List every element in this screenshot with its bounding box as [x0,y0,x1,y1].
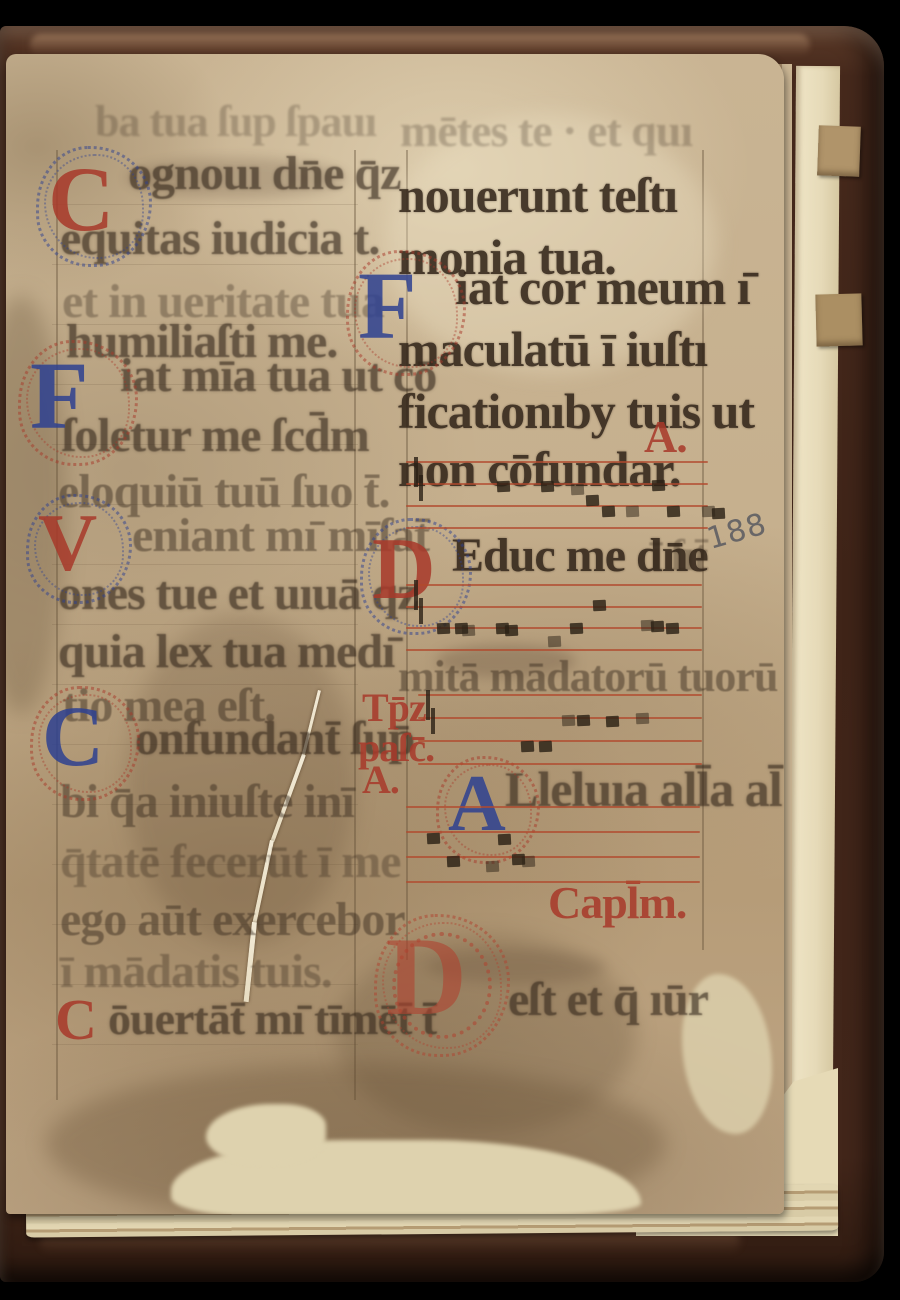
bookmark-tab-1 [817,125,861,176]
manuscript-photo: { "folio_number": "188", "ink_colors": {… [0,0,900,1300]
neume [586,495,600,507]
right-capitulum-text-line: eſt et q̄ ıūr [508,976,708,1024]
neume [522,856,536,868]
initial-letter: V [38,504,120,582]
initial-f-fiat-cor: F [358,260,454,366]
neume [602,506,616,518]
neume [626,506,640,518]
staff-line [406,505,708,507]
flyleaf-edge [788,66,840,1234]
initial-letter: F [358,260,454,351]
neume [498,834,512,846]
neume [541,481,555,493]
rubric-tempore: Tp̄z [362,688,426,728]
left-confundantur-line-3: q̄tatē fecerūt ī me [60,838,400,886]
initial-letter: D [386,924,498,1030]
clef-mark [414,580,418,610]
right-mitam-line: mitā mādatorū tuorū q̄a ip̄a [398,655,784,699]
neume [570,623,584,635]
neume [437,623,451,635]
neume [712,508,726,520]
initial-c-convertantur: C [55,992,113,1056]
neume [652,480,666,492]
staff-line [418,740,702,742]
left-cognovi-line-1: ognouı dn̄e q̄z [128,150,400,198]
right-fiatcor-line-1: iat cor meum ı̄ [455,262,750,312]
neume [562,715,576,727]
neume [539,741,553,753]
neume [593,600,607,612]
neume [606,716,620,728]
neume [666,623,680,635]
initial-f-fiat-misericordia: F [30,350,126,456]
left-confundantur-line-4: ego aūt exercebor [60,896,405,944]
right-antiphon-inline: A. [644,414,687,460]
clef-mark [414,457,418,487]
clef-mark [419,598,423,624]
clef-mark [419,475,423,501]
neume [427,833,441,845]
right-fiatcor-line-4: non cōfundar. [398,444,680,494]
neume [667,506,681,518]
manuscript-page: 188 ba tua ſup ſpauıognouı dn̄e q̄zequit… [6,54,784,1214]
repair-patch-bottom-left [206,1104,326,1164]
initial-letter: F [30,350,126,441]
right-faint-top-line: mētes te · et quı [400,108,692,154]
right-fiatcor-line-3: ficationıby tuis ut [398,386,754,436]
neume [462,625,476,637]
neume [636,713,650,725]
left-veniant-line-3: quia lex tua medı̄ [58,628,394,676]
initial-letter: C [42,696,128,778]
right-deduc-line-faded-end: ī ſıt̄ [650,534,707,578]
left-confundantur-line-5: ī mādatis tuis. [60,948,332,996]
initial-letter: C [55,992,113,1047]
initial-c-confundantur: C [42,696,128,791]
staff-line [406,606,702,608]
staff-line [406,649,702,651]
neume [548,636,562,648]
cover-top-sheen [30,34,810,56]
initial-d-capitulum-ornate: D [386,924,498,1047]
neume [521,741,535,753]
initial-a-alleluia: A [448,766,528,854]
neume [651,621,665,633]
clef-mark [431,708,435,734]
neume [505,625,519,637]
neume [571,484,585,496]
initial-c-cognovi: C [48,156,140,257]
neume [577,715,591,727]
neume [497,481,511,493]
bookmark-tab-2 [815,293,862,346]
staff-line [418,717,702,719]
rubric-antiphon-margin: A. [362,760,399,800]
initial-letter: C [48,156,140,243]
initial-d-deduc: D [372,528,460,625]
rubric-capitulum: Capl̄m. [548,880,686,926]
neume [486,861,500,873]
clef-mark [426,690,430,720]
left-faint-top-line: ba tua ſup ſpauı [95,100,376,144]
neume [447,856,461,868]
initial-v-veniant: V [38,504,120,594]
right-noverunt-line: nouerunt teſtı [398,170,677,220]
